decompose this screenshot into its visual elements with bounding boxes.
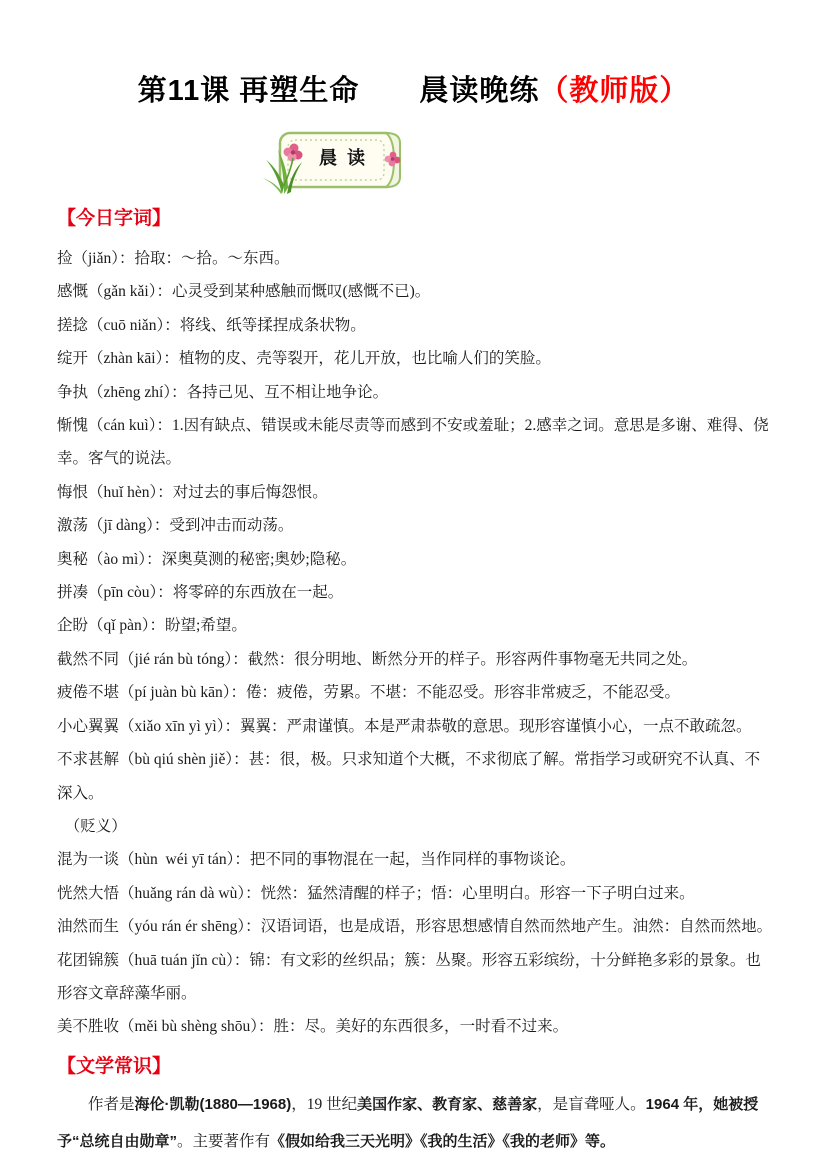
literature-paragraph: 作者是海伦·凯勒(1880—1968)，19 世纪美国作家、教育家、慈善家，是盲… xyxy=(57,1086,773,1160)
banner-label: 晨 读 xyxy=(292,144,392,170)
title-main: 第11课 再塑生命 晨读晚练 xyxy=(138,75,540,107)
vocab-entry: 混为一谈（hùn wéi yī tán）：把不同的事物混在一起，当作同样的事物谈… xyxy=(57,843,775,876)
vocab-entry: 疲倦不堪（pí juàn bù kān）：倦：疲倦，劳累。不堪：不能忍受。形容非… xyxy=(57,676,775,709)
section-header-literature: 【文学常识】 xyxy=(57,1054,827,1080)
vocab-entry: 截然不同（jié rán bù tóng）：截然：很分明地、断然分开的样子。形容… xyxy=(57,643,775,676)
document-page: 第11课 再塑生命 晨读晚练（教师版） xyxy=(0,0,827,1169)
lit-text: 作者是 xyxy=(88,1096,135,1113)
vocab-entry: 花团锦簇（huā tuán jǐn cù）：锦：有文彩的丝织品；簇：丛聚。形容五… xyxy=(57,944,775,1011)
lit-text: ，19 世纪 xyxy=(291,1096,357,1113)
vocab-entry: 油然而生（yóu rán ér shēng）：汉语词语，也是成语，形容思想感情自… xyxy=(57,910,775,943)
section-header-vocab: 【今日字词】 xyxy=(57,206,827,232)
literature-section: 作者是海伦·凯勒(1880—1968)，19 世纪美国作家、教育家、慈善家，是盲… xyxy=(57,1086,773,1160)
vocab-entry: 惭愧（cán kuì）：1.因有缺点、错误或未能尽责等而感到不安或羞耻；2.感幸… xyxy=(57,409,775,476)
title-teacher-tag: （教师版） xyxy=(539,75,689,107)
lit-text-bold: 《假如给我三天光明》《我的生活》《我的老师》等。 xyxy=(270,1133,615,1150)
vocab-entry: 搓捻（cuō niǎn）：将线、纸等揉捏成条状物。 xyxy=(57,309,775,342)
vocab-entry: 绽开（zhàn kāi）：植物的皮、壳等裂开，花儿开放，也比喻人们的笑脸。 xyxy=(57,342,775,375)
lit-text: 。主要著作有 xyxy=(177,1133,270,1150)
lit-text: ，是盲聋哑人。 xyxy=(537,1096,646,1113)
page-title: 第11课 再塑生命 晨读晚练（教师版） xyxy=(0,0,827,110)
morning-reading-banner: 晨 读 xyxy=(258,130,418,196)
vocab-entry: 奥秘（ào mì）：深奥莫测的秘密;奥妙;隐秘。 xyxy=(57,543,775,576)
lit-text-bold: 海伦·凯勒(1880—1968) xyxy=(135,1096,292,1113)
vocab-entry: 不求甚解（bù qiú shèn jiě）：甚：很，极。只求知道个大概，不求彻底… xyxy=(57,743,775,843)
vocab-entry: 争执（zhēng zhí）：各持己见、互不相让地争论。 xyxy=(57,376,775,409)
vocab-entry: 捡（jiǎn）：拾取：～拾。～东西。 xyxy=(57,242,775,275)
vocab-entry: 悔恨（huǐ hèn）：对过去的事后悔怨恨。 xyxy=(57,476,775,509)
vocab-list: 捡（jiǎn）：拾取：～拾。～东西。 感慨（gǎn kǎi）：心灵受到某种感触而… xyxy=(57,242,775,1044)
lit-text-bold: 美国作家、教育家、慈善家 xyxy=(357,1096,537,1113)
vocab-entry: 小心翼翼（xiǎo xīn yì yì）：翼翼：严肃谨慎。本是严肃恭敬的意思。现… xyxy=(57,710,775,743)
vocab-entry: 感慨（gǎn kǎi）：心灵受到某种感触而慨叹(感慨不已)。 xyxy=(57,275,775,308)
vocab-entry: 美不胜收（měi bù shèng shōu）：胜：尽。美好的东西很多，一时看不… xyxy=(57,1010,775,1043)
vocab-entry: 企盼（qǐ pàn）：盼望;希望。 xyxy=(57,609,775,642)
vocab-entry: 恍然大悟（huǎng rán dà wù）：恍然：猛然清醒的样子；悟：心里明白。… xyxy=(57,877,775,910)
vocab-entry: 拼凑（pīn còu）：将零碎的东西放在一起。 xyxy=(57,576,775,609)
vocab-entry: 激荡（jī dàng）：受到冲击而动荡。 xyxy=(57,509,775,542)
